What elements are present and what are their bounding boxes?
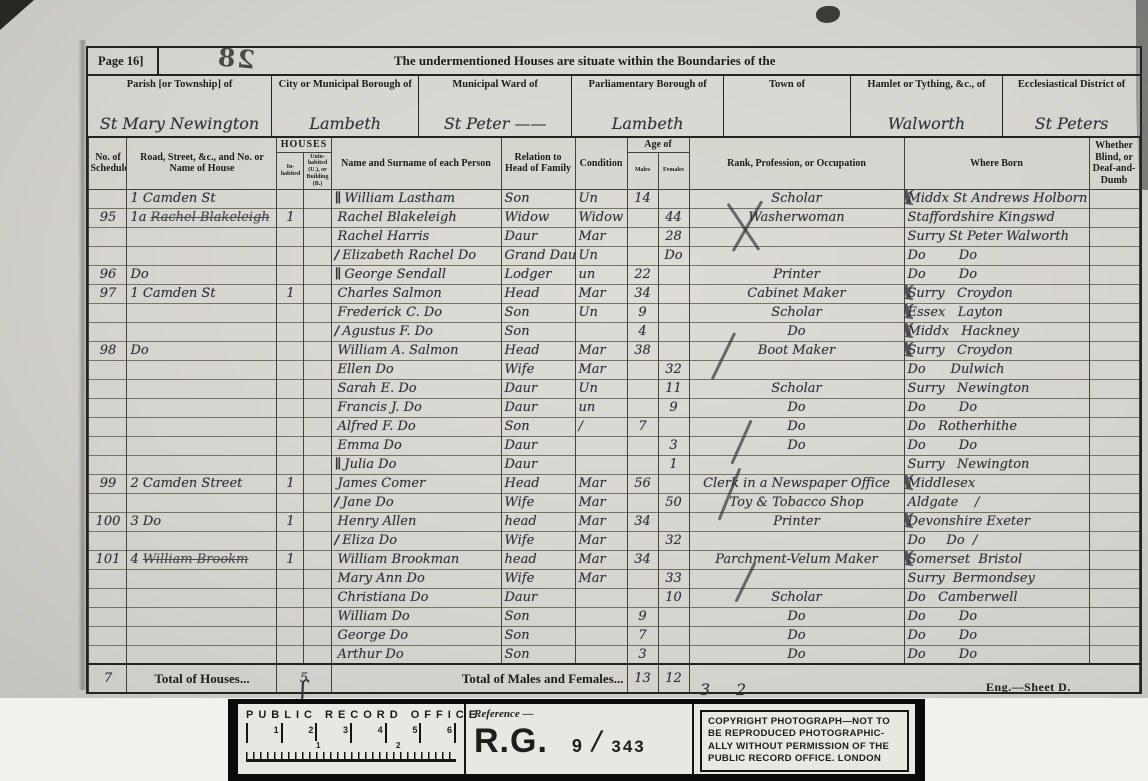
cell-blind [1089,493,1139,512]
cell-street [127,626,277,645]
cell-relation: Son [501,607,575,626]
cell-born: Surry Bermondsey [904,569,1089,588]
cell-relation: Grand Daughter [501,246,575,265]
cell-occupation [689,531,904,550]
cell-relation: Wife [501,493,575,512]
person-name: William Lastham [344,191,455,206]
cell-blind [1089,246,1139,265]
col-name: Name and Surname of each Person [331,138,501,189]
census-row: 95 1aRachel Blakeleigh 1 Rachel Blakelei… [89,208,1139,227]
cell-age-male: 9 [627,303,658,322]
born-text: Do Do [908,400,978,415]
cell-inhabited [277,645,304,664]
cell-blind [1089,531,1139,550]
cell-condition [575,455,627,474]
born-text: Do Do [908,267,978,282]
cell-occupation: Scholar [689,189,904,208]
cell-age-female [658,626,689,645]
person-name: Mary Ann Do [338,571,425,586]
cell-inhabited: 1 [277,550,304,569]
field-borough: City or Municipal Borough of Lambeth [272,76,419,136]
cell-street: Do [127,265,277,284]
cell-age-female: 1 [658,455,689,474]
cell-condition [575,645,627,664]
street-text: Do [130,267,148,282]
cell-name: ∕Agustus F. Do [331,322,501,341]
cell-age-female: Do [658,246,689,265]
totals-schedule: 7 [89,664,127,692]
cell-street: Do [127,341,277,360]
census-row: 101 4William Brookm 1 William Brookman h… [89,550,1139,569]
cell-name: Alfred F. Do [331,417,501,436]
cell-age-male [627,436,658,455]
cell-schedule: 96 [89,265,127,284]
born-text: Surry Newington [908,457,1030,472]
cell-age-female [658,512,689,531]
cell-age-male [627,398,658,417]
cell-condition: un [575,265,627,284]
cell-schedule: 98 [89,341,127,360]
cell-born: XSurry Croydon [904,341,1089,360]
born-text: Do Do [908,609,978,624]
cell-uninhabited [304,303,331,322]
cell-name: ∕Eliza Do [331,531,501,550]
cell-born: Do Do [904,626,1089,645]
col-uninhabited: Unin-habited (U.), or Building (B.) [304,152,331,189]
cell-relation: Daur [501,398,575,417]
folio-stamp: 28 [215,42,256,74]
born-text: Staffordshire Kingswd [908,210,1055,225]
field-town-label: Town of [726,79,847,92]
cell-schedule [89,379,127,398]
cell-blind [1089,303,1139,322]
ruler-inch-3: 3 [317,723,352,743]
census-row: Mary Ann Do Wife Mar 33 Surry Bermondsey [89,569,1139,588]
census-row: ∕Eliza Do Wife Mar 32 Do Do ∕ [89,531,1139,550]
field-hamlet: Hamlet or Tything, &c., of Walworth [851,76,1004,136]
census-form: Page 16] 28 The undermentioned Houses ar… [86,46,1142,694]
copyright-line-4: PUBLIC RECORD OFFICE. LONDON [708,753,901,765]
reference-piece: 343 [611,737,645,757]
cell-relation: Lodger [501,265,575,284]
cell-blind [1089,645,1139,664]
cell-inhabited [277,246,304,265]
copyright-line-2: BE REPRODUCED PHOTOGRAPHIC- [708,728,901,740]
cell-name: Christiana Do [331,588,501,607]
cell-condition: Mar [575,569,627,588]
cell-relation: Wife [501,531,575,550]
field-ward: Municipal Ward of St Peter —— [419,76,572,136]
cell-uninhabited [304,227,331,246]
cell-name: ∥William Lastham [331,189,501,208]
person-name: Francis J. Do [338,400,422,415]
cell-age-male [627,588,658,607]
cell-relation: Wife [501,360,575,379]
cell-relation: Son [501,189,575,208]
cell-age-female [658,322,689,341]
person-name: James Comer [338,476,426,491]
cell-age-female [658,607,689,626]
cell-inhabited [277,303,304,322]
cell-occupation: Parchment-Velum Maker [689,550,904,569]
born-text: Essex Layton [908,305,1003,320]
household-tick: ∕ [335,324,340,339]
born-text: Surry Croydon [908,343,1013,358]
cell-condition [575,588,627,607]
cell-relation: Son [501,303,575,322]
page-number-label: Page 16] [88,48,159,74]
cell-uninhabited [304,246,331,265]
cell-condition: ∕ [575,417,627,436]
household-tick: ∕ [335,533,340,548]
household-tick: ∥ [335,457,342,472]
col-females: Females [658,152,689,189]
cell-blind [1089,208,1139,227]
cell-name: Francis J. Do [331,398,501,417]
cell-born: Surry Newington [904,379,1089,398]
field-ward-label: Municipal Ward of [421,79,569,92]
cell-relation: Daur [501,436,575,455]
cell-street [127,607,277,626]
cell-uninhabited [304,417,331,436]
cell-schedule [89,645,127,664]
cell-occupation [689,246,904,265]
cell-blind [1089,322,1139,341]
cell-street [127,303,277,322]
cell-relation: Head [501,474,575,493]
cell-relation: Head [501,284,575,303]
household-tick: ∥ [335,267,342,282]
cell-blind [1089,417,1139,436]
cell-age-female [658,550,689,569]
reference-separator: / [589,723,604,762]
col-condition: Condition [575,138,627,189]
census-row: Francis J. Do Daur un 9 Do Do Do [89,398,1139,417]
cell-born: Do Do [904,645,1089,664]
cell-condition: Mar [575,550,627,569]
cell-born: XDevonshire Exeter [904,512,1089,531]
field-hamlet-label: Hamlet or Tything, &c., of [853,79,1001,92]
form-title-row: Page 16] 28 The undermentioned Houses ar… [88,48,1140,76]
cell-name: Mary Ann Do [331,569,501,588]
census-row: Ellen Do Wife Mar 32 Do Dulwich [89,360,1139,379]
census-row: Sarah E. Do Daur Un 11 Scholar Surry New… [89,379,1139,398]
cell-schedule [89,246,127,265]
cell-street: 4William Brookm [127,550,277,569]
person-name: Charles Salmon [338,286,442,301]
cell-name: Emma Do [331,436,501,455]
cell-condition: Un [575,189,627,208]
cell-age-female: 10 [658,588,689,607]
cell-blind [1089,284,1139,303]
ruler-cm-1: 1 [314,741,322,750]
born-text: Aldgate ∕ [908,495,980,510]
census-row: Rachel Harris Daur Mar 28 Surry St Peter… [89,227,1139,246]
cell-born: Do Rotherhithe [904,417,1089,436]
cell-uninhabited [304,474,331,493]
cell-condition [575,607,627,626]
cell-blind [1089,607,1139,626]
person-name: Elizabeth Rachel Do [342,248,476,263]
cell-uninhabited [304,531,331,550]
cell-occupation: Scholar [689,379,904,398]
col-houses: HOUSES [277,138,331,152]
cell-street [127,417,277,436]
household-tick: ∕ [335,248,340,263]
field-parl-borough-value: Lambeth [574,114,722,135]
cell-age-male: 34 [627,284,658,303]
cell-blind [1089,341,1139,360]
cell-blind [1089,512,1139,531]
cell-schedule: 97 [89,284,127,303]
cell-name: Frederick C. Do [331,303,501,322]
cell-relation: Daur [501,588,575,607]
cell-name: Sarah E. Do [331,379,501,398]
cell-inhabited [277,626,304,645]
person-name: Julia Do [344,457,396,472]
born-text: Do Dulwich [908,362,1005,377]
cell-occupation: Scholar [689,303,904,322]
cell-schedule: 95 [89,208,127,227]
born-text: Do Do [908,647,978,662]
cell-schedule [89,569,127,588]
cell-condition: Mar [575,341,627,360]
census-row: 98 Do William A. Salmon Head Mar 38 Boot… [89,341,1139,360]
cell-uninhabited [304,265,331,284]
reference-section: Reference — R.G. 9 / 343 [466,704,694,774]
cell-blind [1089,227,1139,246]
cell-age-male [627,531,658,550]
census-row: 97 1 Camden St 1 Charles Salmon Head Mar… [89,284,1139,303]
census-scan-page: { "scan": { "page_label": "Page 16]", "s… [0,0,1148,781]
cell-relation: Widow [501,208,575,227]
street-text: 1 Camden St [130,286,215,301]
cell-uninhabited [304,208,331,227]
cell-inhabited [277,189,304,208]
cell-relation: head [501,512,575,531]
cell-schedule [89,493,127,512]
cell-name: ∥George Sendall [331,265,501,284]
cell-uninhabited [304,569,331,588]
cell-occupation: Printer [689,265,904,284]
cell-condition: Mar [575,531,627,550]
cell-age-male: 9 [627,607,658,626]
person-name: Sarah E. Do [338,381,417,396]
cell-age-female: 33 [658,569,689,588]
cell-street [127,322,277,341]
ruler-centimetres: 1 2 [246,743,456,762]
cell-occupation: Do [689,417,904,436]
field-borough-value: Lambeth [274,114,416,135]
cell-condition [575,436,627,455]
cell-uninhabited [304,626,331,645]
sheet-note: Eng.—Sheet D. [986,680,1071,695]
cell-name: William Do [331,607,501,626]
cell-inhabited [277,607,304,626]
field-parish-label: Parish [or Township] of [90,79,269,92]
pro-reference-strip: PUBLIC RECORD OFFICE 1 2 3 4 5 6 1 2 Ref… [228,699,925,781]
ruler-inches: 1 2 3 4 5 6 [246,723,456,743]
cell-inhabited [277,531,304,550]
person-name: Agustus F. Do [342,324,433,339]
cell-born: Staffordshire Kingswd [904,208,1089,227]
cell-blind [1089,189,1139,208]
cell-blind [1089,436,1139,455]
census-row: William Do Son 9 Do Do Do [89,607,1139,626]
totals-males: 13 [627,664,658,692]
born-text: Do Do [908,248,978,263]
field-parish-value: St Mary Newington [90,114,269,135]
census-row: Frederick C. Do Son Un 9 Scholar XEssex … [89,303,1139,322]
cell-name: Charles Salmon [331,284,501,303]
cell-inhabited [277,360,304,379]
cell-uninhabited [304,493,331,512]
census-row: ∕Agustus F. Do Son 4 Do XMiddx Hackney [89,322,1139,341]
cell-name: Rachel Blakeleigh [331,208,501,227]
cell-age-male: 34 [627,550,658,569]
cell-inhabited [277,265,304,284]
born-text: Surry Bermondsey [908,571,1035,586]
col-occupation: Rank, Profession, or Occupation [689,138,904,189]
col-street: Road, Street, &c., and No. or Name of Ho… [127,138,277,189]
cell-occupation: Do [689,626,904,645]
person-name: William A. Salmon [338,343,459,358]
cell-born: Surry Newington [904,455,1089,474]
cell-street [127,588,277,607]
totals-females: 12 [658,664,689,692]
person-name: George Do [338,628,409,643]
cell-age-female [658,189,689,208]
cell-inhabited [277,398,304,417]
cell-born: Do Do ∕ [904,531,1089,550]
cell-age-female [658,417,689,436]
cell-born: XMiddx Hackney [904,322,1089,341]
cell-blind [1089,588,1139,607]
born-text: Do Rotherhithe [908,419,1018,434]
field-ward-value: St Peter —— [421,114,569,135]
cell-street [127,569,277,588]
copyright-section: COPYRIGHT PHOTOGRAPH—NOT TO BE REPRODUCE… [694,704,915,774]
cell-age-male: 34 [627,512,658,531]
pro-office-title: PUBLIC RECORD OFFICE [246,709,456,721]
cell-occupation: Do [689,645,904,664]
cell-age-male [627,455,658,474]
cell-age-female: 50 [658,493,689,512]
cell-born: Do Do [904,398,1089,417]
cell-uninhabited [304,322,331,341]
cell-condition: Mar [575,360,627,379]
cell-age-female: 32 [658,360,689,379]
col-inhabited: In-habited [277,152,304,189]
cell-blind [1089,455,1139,474]
cell-age-female: 3 [658,436,689,455]
cell-age-female [658,474,689,493]
cell-street [127,645,277,664]
cell-born: Do Do [904,265,1089,284]
person-name: William Do [338,609,410,624]
household-tick: ∥ [335,191,342,206]
col-males: Males [627,152,658,189]
person-name: Eliza Do [342,533,397,548]
col-age: Age of [627,138,689,152]
census-row: 1 Camden St ∥William Lastham Son Un 14 S… [89,189,1139,208]
person-name: Arthur Do [338,647,404,662]
totals-houses-label: Total of Houses... [127,664,277,692]
cell-uninhabited [304,398,331,417]
cell-schedule [89,417,127,436]
cell-age-female: 28 [658,227,689,246]
census-table: No. of Schedule Road, Street, &c., and N… [88,138,1139,692]
cell-occupation [689,360,904,379]
cell-relation: Daur [501,455,575,474]
cell-born: Do Dulwich [904,360,1089,379]
cell-occupation: Do [689,607,904,626]
cell-schedule [89,607,127,626]
cell-name: ∕Elizabeth Rachel Do [331,246,501,265]
street-text: 3 Do [130,514,161,529]
pro-reference-card: PUBLIC RECORD OFFICE 1 2 3 4 5 6 1 2 Ref… [238,704,915,774]
cell-age-male [627,208,658,227]
field-parl-borough: Parliamentary Borough of Lambeth [572,76,725,136]
born-text: Middx St Andrews Holborn [908,191,1088,206]
cell-street [127,398,277,417]
cell-born: Surry St Peter Walworth [904,227,1089,246]
cell-uninhabited [304,341,331,360]
reference-label: Reference — [474,708,684,720]
cell-street: 1 Camden St [127,284,277,303]
totals-row: 7 Total of Houses... 5 Total of Males an… [89,664,1139,692]
cell-born: XSurry Croydon [904,284,1089,303]
born-text: Middlesex [908,476,976,491]
cell-condition [575,626,627,645]
cell-uninhabited [304,588,331,607]
cell-name: James Comer [331,474,501,493]
born-text: Do Camberwell [908,590,1018,605]
cell-condition: Widow [575,208,627,227]
cell-uninhabited [304,360,331,379]
person-name: Frederick C. Do [338,305,443,320]
cell-age-female: 44 [658,208,689,227]
cell-blind [1089,398,1139,417]
cell-name: Arthur Do [331,645,501,664]
person-name: Jane Do [342,495,393,510]
cell-blind [1089,550,1139,569]
street-text: 1a [130,210,146,225]
field-parl-borough-label: Parliamentary Borough of [574,79,722,92]
cell-inhabited: 1 [277,512,304,531]
reference-number: R.G. 9 / 343 [474,722,684,761]
cell-street [127,455,277,474]
cell-inhabited [277,341,304,360]
cell-blind [1089,569,1139,588]
cell-relation: Daur [501,227,575,246]
field-parish: Parish [or Township] of St Mary Newingto… [88,76,272,136]
cell-inhabited [277,227,304,246]
cell-schedule: 99 [89,474,127,493]
cell-age-male: 7 [627,626,658,645]
cell-schedule: 100 [89,512,127,531]
cell-uninhabited [304,550,331,569]
born-text: Middx Hackney [908,324,1020,339]
cell-blind [1089,360,1139,379]
census-row: ∕Jane Do Wife Mar 50 Toy & Tobacco Shop … [89,493,1139,512]
field-ecclesiastical: Ecclesiastical District of St Peters [1003,76,1140,136]
census-table-body: 1 Camden St ∥William Lastham Son Un 14 S… [89,189,1139,664]
cell-age-male [627,379,658,398]
census-row: Emma Do Daur 3 Do Do Do [89,436,1139,455]
cell-age-female: 32 [658,531,689,550]
cell-schedule [89,436,127,455]
